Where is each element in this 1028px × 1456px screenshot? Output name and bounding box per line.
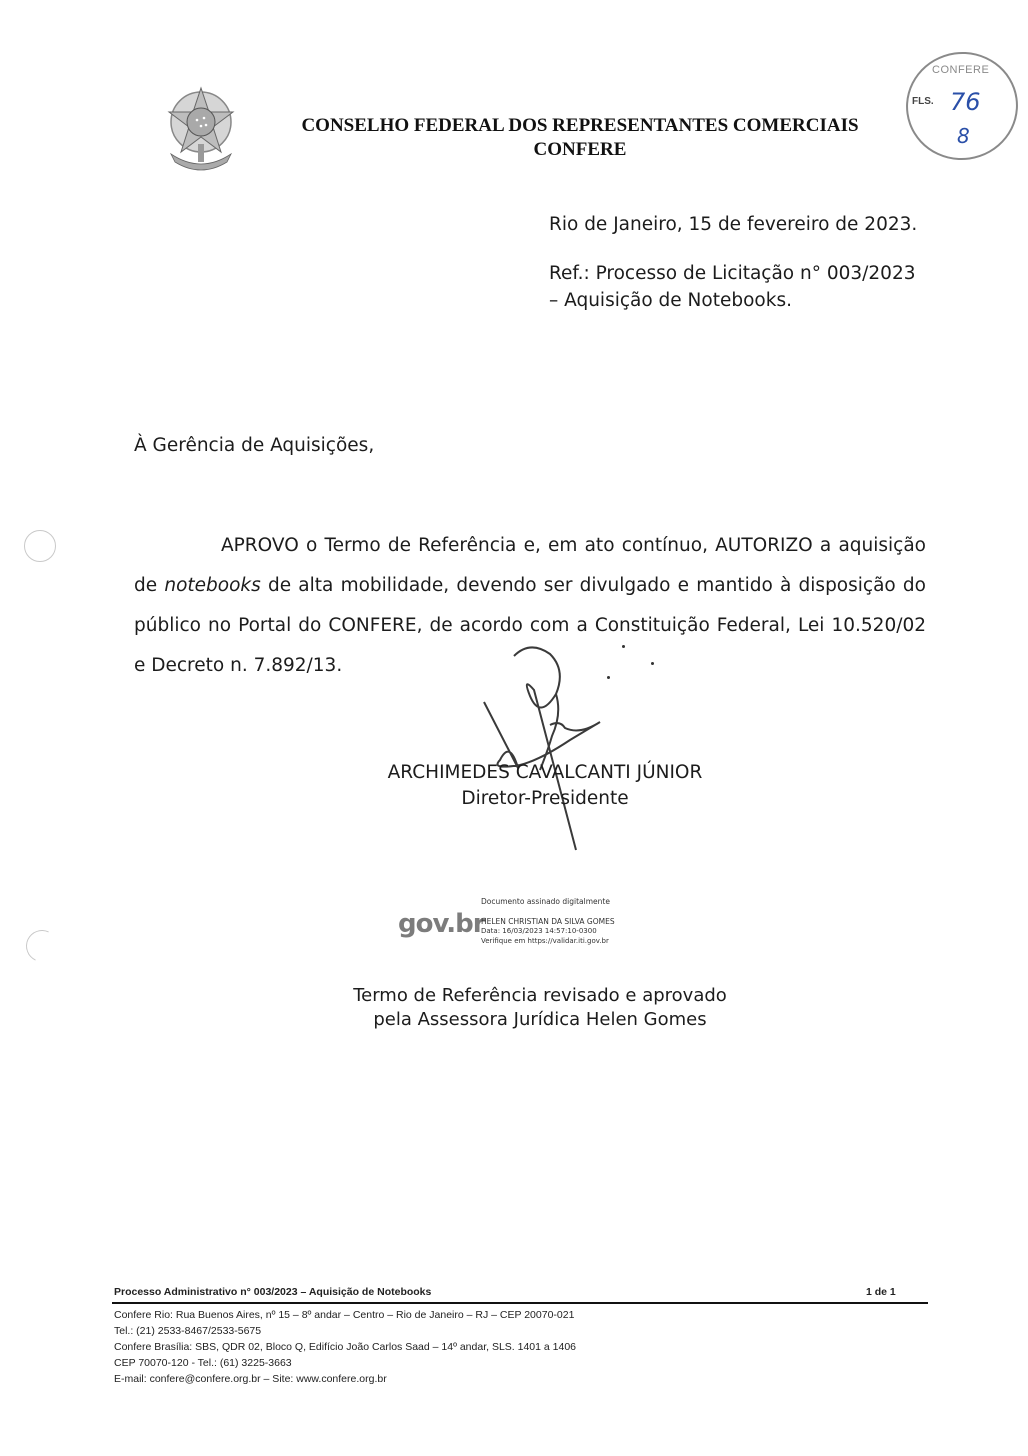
page-number-stamp: CONFERE FLS. 76 8	[902, 50, 1022, 160]
footer-line: CEP 70070-120 - Tel.: (61) 3225-3663	[114, 1355, 576, 1371]
stamp-label: FLS.	[912, 96, 934, 107]
footer-line: Confere Brasília: SBS, QDR 02, Bloco Q, …	[114, 1339, 576, 1355]
stamp-org: CONFERE	[932, 64, 989, 76]
footer-line: E-mail: confere@confere.org.br – Site: w…	[114, 1371, 576, 1387]
signatory-block: ARCHIMEDES CAVALCANTI JÚNIOR Diretor-Pre…	[380, 760, 710, 812]
ink-dot	[607, 676, 610, 679]
footer-contact-info: Confere Rio: Rua Buenos Aires, nº 15 – 8…	[114, 1307, 576, 1387]
stamp-page-number: 76	[950, 88, 981, 116]
punch-hole-mark	[21, 925, 62, 966]
punch-hole-mark	[24, 530, 56, 562]
footer-page-number: 1 de 1	[866, 1286, 896, 1298]
date-line: Rio de Janeiro, 15 de fevereiro de 2023.	[549, 214, 917, 235]
footer-process-title: Processo Administrativo n° 003/2023 – Aq…	[114, 1286, 431, 1298]
legal-review-note: Termo de Referência revisado e aprovado …	[300, 984, 780, 1032]
review-note-line-1: Termo de Referência revisado e aprovado	[300, 984, 780, 1008]
salutation: À Gerência de Aquisições,	[134, 435, 374, 456]
digital-signature-date: Data: 16/03/2023 14:57:10-0300	[481, 927, 597, 935]
organization-name: CONSELHO FEDERAL DOS REPRESENTANTES COME…	[240, 114, 920, 138]
digital-signature-heading: Documento assinado digitalmente	[481, 897, 610, 906]
reference-line-1: Ref.: Processo de Licitação n° 003/2023	[549, 260, 916, 287]
signatory-name: ARCHIMEDES CAVALCANTI JÚNIOR	[380, 760, 710, 786]
reference-block: Ref.: Processo de Licitação n° 003/2023 …	[549, 260, 916, 314]
digital-signature-block: gov.br Documento assinado digitalmente H…	[395, 897, 695, 947]
organization-acronym: CONFERE	[240, 138, 920, 162]
signatory-title: Diretor-Presidente	[380, 786, 710, 812]
handwritten-signature	[470, 640, 670, 860]
stamp-sequence: 8	[957, 124, 970, 148]
ink-dot	[651, 662, 654, 665]
review-note-line-2: pela Assessora Jurídica Helen Gomes	[300, 1008, 780, 1032]
organization-title: CONSELHO FEDERAL DOS REPRESENTANTES COME…	[240, 114, 920, 162]
ink-dot	[622, 645, 625, 648]
footer-divider	[112, 1302, 928, 1304]
paragraph-italic: notebooks	[164, 575, 260, 596]
footer-line: Tel.: (21) 2533-8467/2533-5675	[114, 1323, 576, 1339]
govbr-logo-icon: gov.br	[398, 909, 485, 939]
brazil-coat-of-arms-icon	[165, 82, 237, 174]
digital-signature-verify-link[interactable]: Verifique em https://validar.iti.gov.br	[481, 937, 609, 945]
reference-line-2: – Aquisição de Notebooks.	[549, 287, 916, 314]
footer-line: Confere Rio: Rua Buenos Aires, nº 15 – 8…	[114, 1307, 576, 1323]
digital-signer-name: HELEN CHRISTIAN DA SILVA GOMES	[481, 917, 615, 926]
